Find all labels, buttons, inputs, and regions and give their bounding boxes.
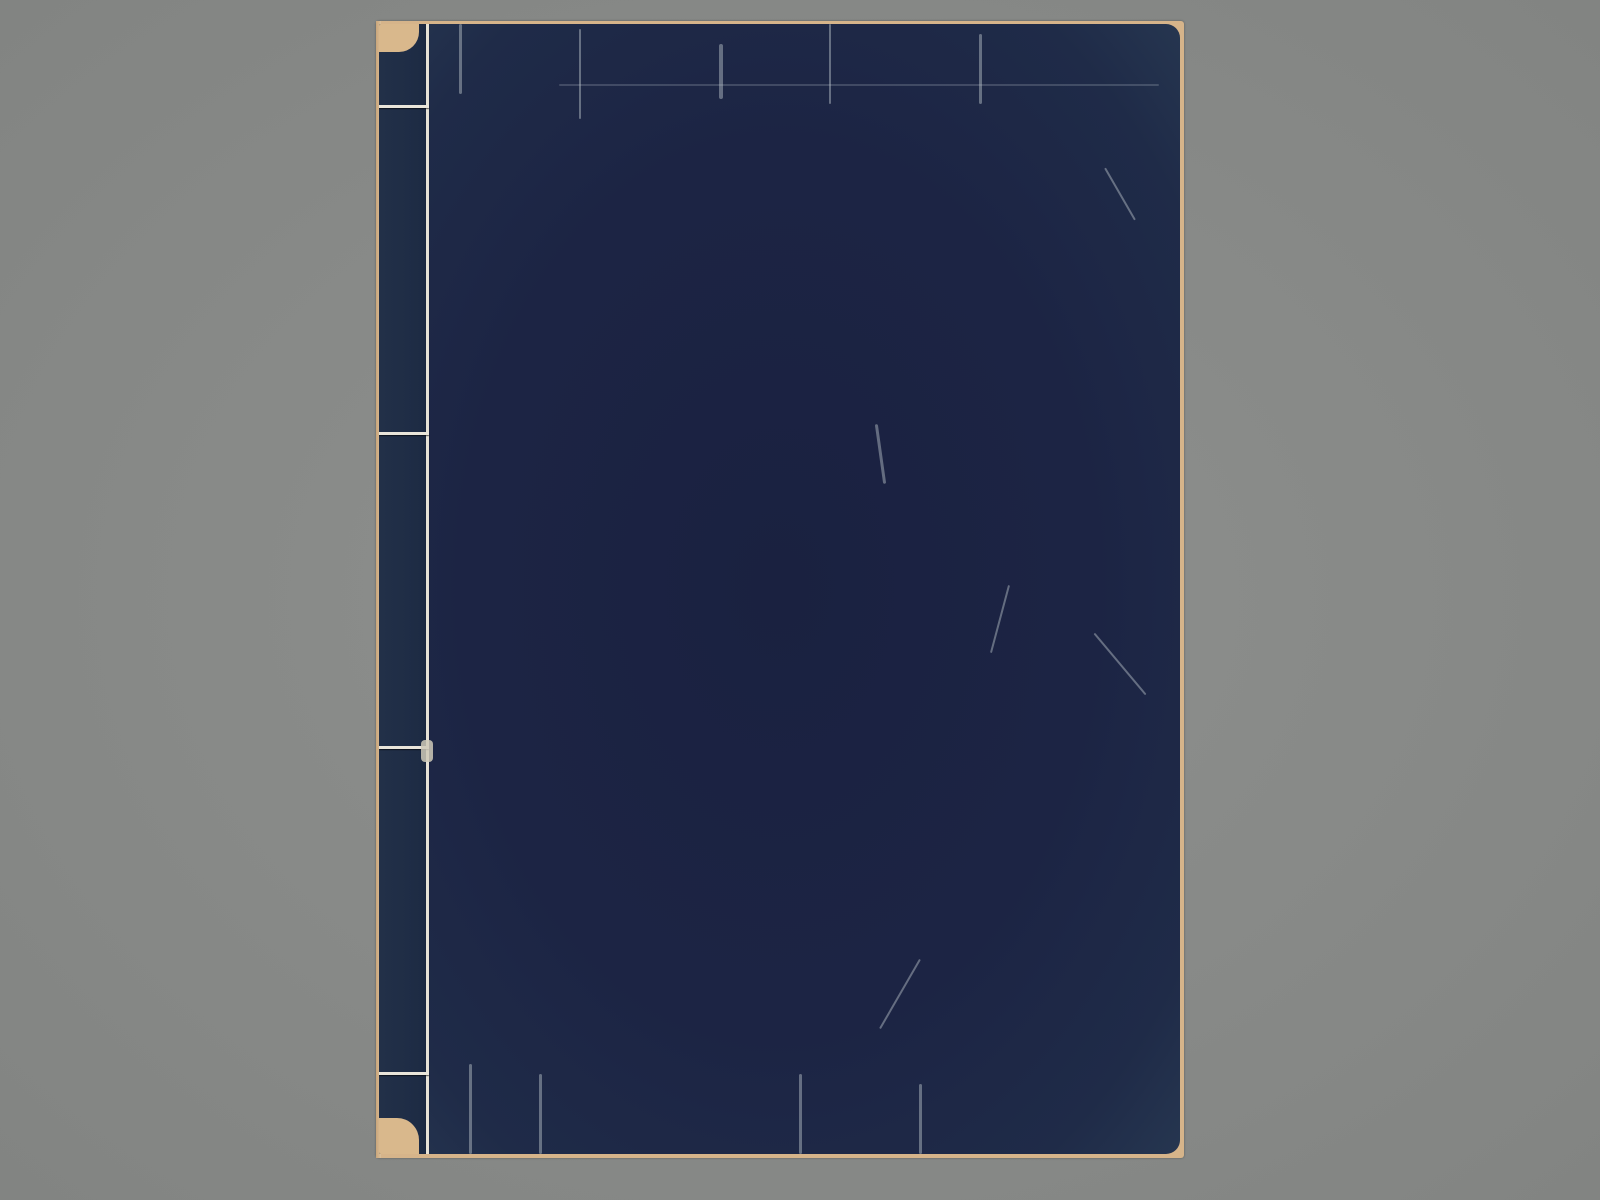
binding-thread	[426, 24, 429, 1154]
wear-mark	[990, 585, 1010, 653]
wear-mark	[875, 424, 886, 484]
wear-mark	[829, 24, 831, 104]
wear-mark	[879, 959, 921, 1029]
stitch-2	[379, 432, 429, 435]
wear-mark	[539, 1074, 542, 1154]
wear-mark	[979, 34, 982, 104]
wear-mark	[579, 29, 581, 119]
thread-knot	[421, 740, 433, 762]
wear-mark	[1104, 168, 1136, 221]
wear-mark	[719, 44, 723, 99]
wear-mark	[459, 24, 462, 94]
wear-mark	[1094, 633, 1147, 696]
book	[376, 21, 1184, 1158]
wear-mark	[919, 1084, 922, 1154]
spine-strip	[379, 24, 427, 1154]
wear-mark	[469, 1064, 472, 1154]
stitch-4	[379, 1072, 429, 1075]
wear-mark	[799, 1074, 802, 1154]
stitch-1	[379, 105, 429, 108]
book-cover	[379, 24, 1180, 1154]
wear-mark	[559, 84, 1159, 86]
